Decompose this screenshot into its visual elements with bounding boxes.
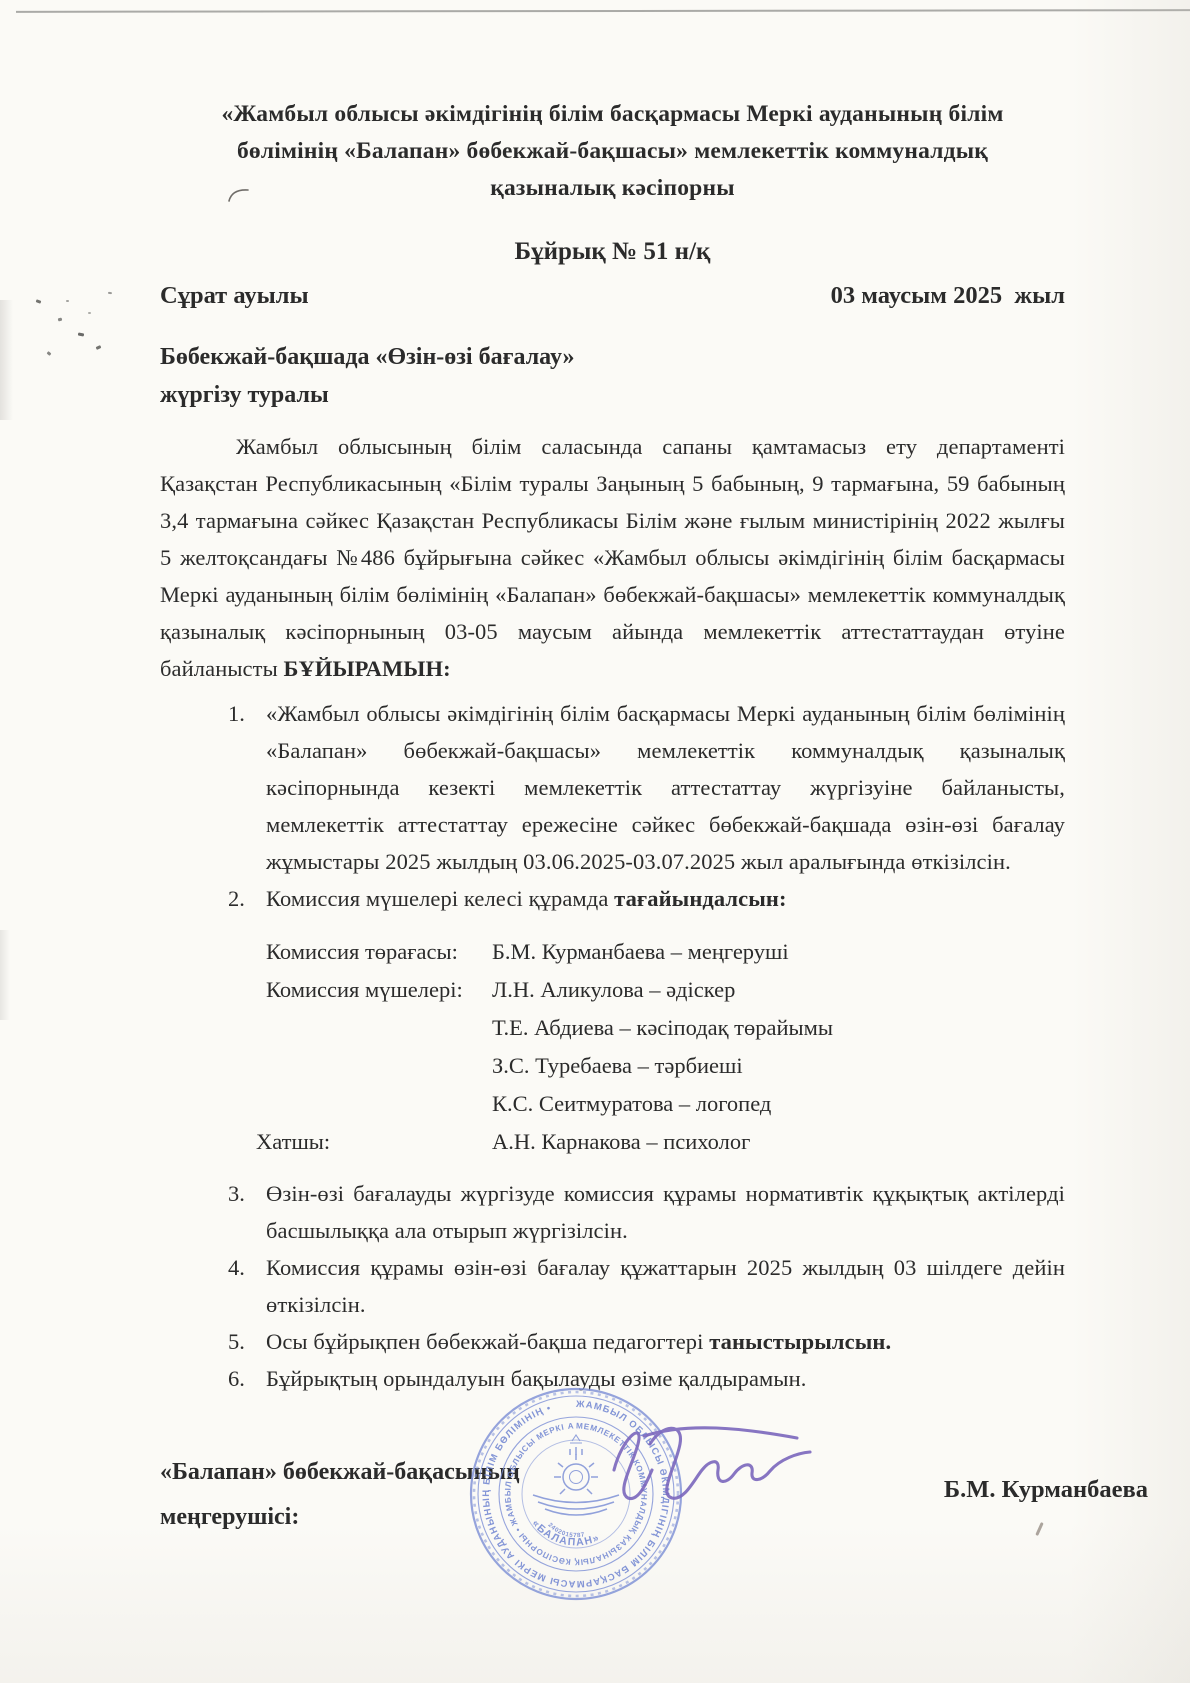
- ink-speck: [47, 351, 52, 356]
- commission-member: Т.Е. Абдиева – кәсіподақ төрайымы: [492, 1009, 833, 1047]
- item-number: 2.: [228, 880, 266, 917]
- commission-member: К.С. Сеитмуратова – логопед: [492, 1085, 771, 1123]
- list-item: 5. Осы бұйрықпен бөбекжай-бақша педагогт…: [228, 1323, 1065, 1360]
- preamble-paragraph: Жамбыл облысының білім саласында сапаны …: [160, 428, 1065, 687]
- org-header-line: қазыналық кәсіпорны: [160, 170, 1065, 207]
- item-text-bold: тағайындалсын:: [614, 886, 786, 911]
- item-text: «Жамбыл облысы әкімдігінің білім басқарм…: [266, 695, 1065, 880]
- org-header: «Жамбыл облысы әкімдігінің білім басқарм…: [160, 96, 1065, 207]
- ink-speck: [66, 300, 69, 302]
- commission-role: [266, 1085, 492, 1123]
- item-number: 6.: [228, 1360, 266, 1397]
- item-text: Өзін-өзі бағалауды жүргізуде комиссия құ…: [266, 1175, 1065, 1249]
- list-item: 4. Комиссия құрамы өзін-өзі бағалау құжа…: [228, 1249, 1065, 1323]
- commission-row: К.С. Сеитмуратова – логопед: [266, 1085, 1065, 1123]
- item-text-main: Осы бұйрықпен бөбекжай-бақша педагогтері: [266, 1329, 709, 1354]
- item-text-main: Комиссия мүшелері келесі құрамда: [266, 886, 614, 911]
- ink-speck: [58, 318, 63, 322]
- ink-speck: [36, 299, 42, 304]
- order-items-list: 1. «Жамбыл облысы әкімдігінің білім басқ…: [160, 695, 1065, 1397]
- commission-member: Б.М. Курманбаева – меңгеруші: [492, 933, 789, 971]
- org-header-line: «Жамбыл облысы әкімдігінің білім басқарм…: [160, 96, 1065, 133]
- item-text: Комиссия құрамы өзін-өзі бағалау құжатта…: [266, 1249, 1065, 1323]
- commission-member: З.С. Туребаева – тәрбиеші: [492, 1047, 743, 1085]
- ink-speck: [88, 312, 91, 314]
- document-page: «Жамбыл облысы әкімдігінің білім басқарм…: [160, 0, 1065, 1397]
- item-text-main: Өзін-өзі бағалауды жүргізуде комиссия құ…: [266, 1181, 1065, 1243]
- preamble-bold: БҰЙЫРАМЫН:: [284, 656, 451, 681]
- order-number-title: Бұйрық № 51 н/қ: [160, 233, 1065, 270]
- scan-edge-strip: [0, 300, 13, 420]
- order-date: 03 маусым 2025 жыл: [831, 282, 1065, 310]
- commission-row: Комиссия мүшелері: Л.Н. Аликулова – әдіс…: [266, 971, 1065, 1009]
- list-item: 3. Өзін-өзі бағалауды жүргізуде комиссия…: [228, 1175, 1065, 1249]
- handwritten-signature: [592, 1412, 828, 1534]
- list-item: 1. «Жамбыл облысы әкімдігінің білім басқ…: [228, 695, 1065, 880]
- order-subject: Бөбекжай-бақшада «Өзін-өзі бағалау» жүрг…: [160, 338, 1065, 414]
- commission-role: Хатшы:: [256, 1123, 482, 1161]
- scan-shading-right: [1070, 0, 1190, 1683]
- item-number: 1.: [228, 695, 266, 880]
- ink-speck: [108, 292, 112, 294]
- commission-member: Л.Н. Аликулова – әдіскер: [492, 971, 735, 1009]
- commission-row: Т.Е. Абдиева – кәсіподақ төрайымы: [266, 1009, 1065, 1047]
- place-date-row: Сұрат ауылы 03 маусым 2025 жыл: [160, 282, 1065, 310]
- place-label: Сұрат ауылы: [160, 282, 309, 310]
- commission-role: Комиссия төрағасы:: [266, 933, 492, 971]
- commission-list: Комиссия төрағасы: Б.М. Курманбаева – ме…: [266, 933, 1065, 1161]
- item-text-bold: таныстырылсын.: [709, 1329, 891, 1354]
- commission-role: Комиссия мүшелері:: [266, 971, 492, 1009]
- ink-speck: [96, 345, 102, 350]
- subject-line: жүргізу туралы: [160, 376, 1065, 414]
- scan-edge-strip: [0, 930, 10, 1020]
- subject-line: Бөбекжай-бақшада «Өзін-өзі бағалау»: [160, 338, 1065, 376]
- ink-speck: [78, 333, 84, 337]
- item-text-main: Комиссия құрамы өзін-өзі бағалау құжатта…: [266, 1255, 1065, 1317]
- commission-row: Хатшы: А.Н. Карнакова – психолог: [266, 1123, 1065, 1161]
- commission-row: З.С. Туребаева – тәрбиеші: [266, 1047, 1065, 1085]
- preamble-text: Жамбыл облысының білім саласында сапаны …: [160, 434, 1065, 681]
- item-number: 4.: [228, 1249, 266, 1323]
- item-number: 3.: [228, 1175, 266, 1249]
- signer-name: Б.М. Курманбаева: [944, 1476, 1148, 1504]
- commission-role: [266, 1009, 492, 1047]
- item-text: Комиссия мүшелері келесі құрамда тағайын…: [266, 880, 1065, 917]
- item-number: 5.: [228, 1323, 266, 1360]
- commission-role: [266, 1047, 492, 1085]
- item-text: Осы бұйрықпен бөбекжай-бақша педагогтері…: [266, 1323, 1065, 1360]
- item-text-main: «Жамбыл облысы әкімдігінің білім басқарм…: [266, 701, 1065, 874]
- org-header-line: бөлімінің «Балапан» бөбекжай-бақшасы» ме…: [160, 133, 1065, 170]
- list-item: 2. Комиссия мүшелері келесі құрамда таға…: [228, 880, 1065, 917]
- commission-row: Комиссия төрағасы: Б.М. Курманбаева – ме…: [266, 933, 1065, 971]
- commission-member: А.Н. Карнакова – психолог: [492, 1123, 750, 1161]
